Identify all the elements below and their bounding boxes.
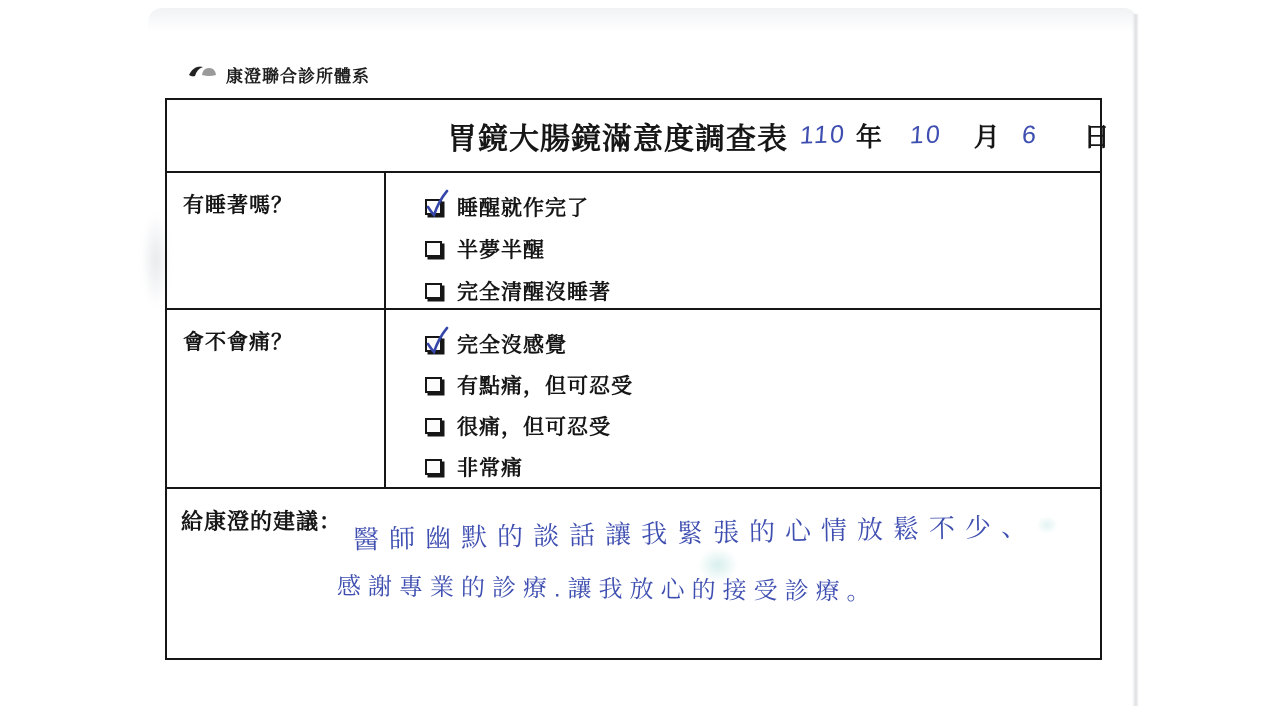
check-mark-icon	[423, 188, 451, 220]
date-month-unit: 月	[974, 117, 1000, 154]
survey-table: 胃鏡大腸鏡滿意度調查表 110 年 10 月 6 日 有睡著嗎？ 睡醒就作完了	[165, 98, 1102, 660]
checkbox-unchecked[interactable]	[425, 241, 442, 257]
option-row: 半夢半醒	[425, 228, 1100, 270]
clinic-brand: 康澄聯合診所體系	[188, 62, 370, 87]
checkbox-checked[interactable]	[425, 336, 442, 352]
option-label: 很痛，但可忍受	[457, 411, 611, 441]
scan-page-edge	[1132, 14, 1139, 706]
checkbox-unchecked[interactable]	[425, 283, 442, 299]
option-label: 睡醒就作完了	[457, 192, 589, 222]
option-label: 非常痛	[457, 452, 523, 482]
scanned-survey-page: 康澄聯合診所體系 胃鏡大腸鏡滿意度調查表 110 年 10 月 6 日 有睡著嗎…	[0, 0, 1280, 720]
suggestion-row: 給康澄的建議： 醫師幽默的談話讓我緊張的心情放鬆不少、 感謝專業的診療.讓我放心…	[167, 487, 1100, 658]
option-row: 非常痛	[425, 446, 1100, 487]
option-row: 有點痛，但可忍受	[425, 364, 1100, 405]
checkbox-checked[interactable]	[425, 199, 442, 215]
option-row: 完全沒感覺	[425, 323, 1100, 364]
question-options: 睡醒就作完了 半夢半醒 完全清醒沒睡著	[386, 173, 1100, 308]
form-title: 胃鏡大腸鏡滿意度調查表	[447, 114, 788, 158]
checkbox-unchecked[interactable]	[425, 418, 442, 434]
date-year-value: 110	[799, 120, 847, 151]
option-label: 半夢半醒	[457, 234, 545, 264]
option-label: 完全清醒沒睡著	[457, 276, 611, 306]
handwritten-suggestion-line: 醫師幽默的談話讓我緊張的心情放鬆不少、	[353, 506, 1038, 556]
question-row-sleep: 有睡著嗎？ 睡醒就作完了 半夢半醒 完全清醒沒睡著	[167, 171, 1100, 308]
option-row: 睡醒就作完了	[425, 186, 1100, 228]
suggestion-label: 給康澄的建議：	[181, 505, 342, 536]
title-row: 胃鏡大腸鏡滿意度調查表 110 年 10 月 6 日	[167, 100, 1100, 171]
date-year-unit: 年	[856, 117, 882, 154]
date-month-value: 10	[909, 120, 943, 150]
date-day-value: 6	[1021, 121, 1039, 151]
check-mark-icon	[423, 325, 451, 357]
question-options: 完全沒感覺 有點痛，但可忍受 很痛，但可忍受 非常痛	[386, 310, 1100, 487]
clinic-logo-icon	[188, 62, 218, 87]
question-label: 會不會痛？	[167, 310, 386, 487]
checkbox-unchecked[interactable]	[425, 377, 442, 393]
option-row: 完全清醒沒睡著	[425, 270, 1100, 312]
handwritten-suggestion-line: 感謝專業的診療.讓我放心的接受診療。	[337, 566, 878, 607]
question-label: 有睡著嗎？	[167, 173, 386, 308]
option-row: 很痛，但可忍受	[425, 405, 1100, 446]
clinic-name: 康澄聯合診所體系	[226, 62, 370, 87]
option-label: 有點痛，但可忍受	[457, 370, 633, 400]
question-row-pain: 會不會痛？ 完全沒感覺 有點痛，但可忍受 很痛，但可忍受	[167, 308, 1100, 487]
checkbox-unchecked[interactable]	[425, 459, 442, 475]
scan-top-shadow	[148, 8, 1138, 34]
date-day-unit: 日	[1084, 117, 1110, 154]
option-label: 完全沒感覺	[457, 329, 567, 359]
